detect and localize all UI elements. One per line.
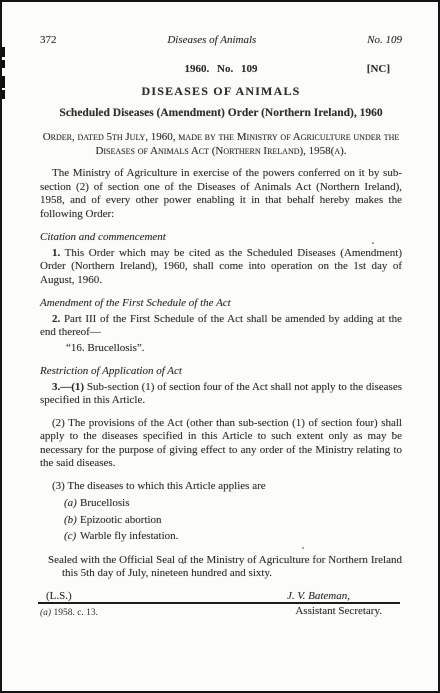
signatory-name: J. V. Bateman, (287, 590, 350, 604)
list-text-a: Brucellosis (80, 497, 130, 509)
article-1-heading: Citation and commencement (40, 231, 402, 245)
article-2-text: Part III of the First Schedule of the Ac… (40, 313, 402, 339)
article-3-number-3: (3) (52, 480, 65, 492)
footnote-rule (38, 602, 400, 604)
subject-heading: DISEASES OF ANIMALS (40, 85, 402, 99)
footnote-marker: (a) (40, 608, 51, 618)
list-marker-a: (a) (64, 495, 80, 512)
list-marker-c: (c) (64, 528, 80, 545)
scan-artifact (2, 76, 5, 88)
list-item-c: (c)Warble fly infestation. (40, 528, 402, 545)
article-3-paragraph-3: (3) The diseases to which this Article a… (40, 480, 402, 494)
article-3-text-1: Sub-section (1) of section four of the A… (40, 381, 402, 407)
article-2-quoted-insertion: “16. Brucellosis”. (40, 342, 402, 356)
scan-artifact (2, 47, 5, 57)
article-3-number-2: (2) (52, 417, 65, 429)
article-2-number: 2. (52, 313, 60, 325)
running-instrument-number: No. 109 (367, 34, 402, 48)
document-content: 372 Diseases of Animals No. 109 1960. No… (40, 34, 402, 619)
signatory-role: Assistant Secretary. (287, 605, 382, 619)
order-made-recital: Order, dated 5th July, 1960, made by the… (42, 130, 400, 158)
article-3-heading: Restriction of Application of Act (40, 365, 402, 379)
article-3-text-2: The provisions of the Act (other than su… (40, 417, 402, 470)
classification-tag: [NC] (367, 63, 390, 77)
page-number: 372 (40, 34, 57, 48)
running-title: Diseases of Animals (167, 34, 256, 48)
footnote-text: 1958. c. 13. (53, 608, 98, 618)
list-text-b: Epizootic abortion (80, 514, 162, 526)
article-2-heading: Amendment of the First Schedule of the A… (40, 297, 402, 311)
list-item-b: (b)Epizootic abortion (40, 512, 402, 529)
order-title: Scheduled Diseases (Amendment) Order (No… (40, 107, 402, 121)
article-1-text: This Order which may be cited as the Sch… (40, 247, 402, 286)
list-text-c: Warble fly infestation. (80, 530, 178, 542)
scan-artifact (2, 90, 5, 99)
article-3-paragraph-1: 3.—(1) Sub-section (1) of section four o… (40, 381, 402, 408)
disease-list: (a)Brucellosis (b)Epizootic abortion (c)… (40, 495, 402, 545)
session-line: 1960. No. 109 (185, 63, 258, 75)
signature-block: J. V. Bateman, Assistant Secretary. (287, 590, 382, 619)
article-1-number: 1. (52, 247, 60, 259)
sealing-clause: Sealed with the Official Seal of the Min… (40, 554, 402, 581)
article-3-paragraph-2: (2) The provisions of the Act (other tha… (40, 417, 402, 471)
article-1-paragraph: 1. This Order which may be cited as the … (40, 247, 402, 288)
article-3-number: 3.—(1) (52, 381, 84, 393)
article-3-text-3: The diseases to which this Article appli… (67, 480, 265, 492)
article-2-paragraph: 2. Part III of the First Schedule of the… (40, 313, 402, 340)
footnote: (a) 1958. c. 13. (40, 608, 98, 618)
running-header: 372 Diseases of Animals No. 109 (40, 34, 402, 48)
list-marker-b: (b) (64, 512, 80, 529)
enacting-paragraph: The Ministry of Agriculture in exercise … (40, 167, 402, 221)
scan-artifact (2, 60, 5, 68)
scanned-document-page: 372 Diseases of Animals No. 109 1960. No… (0, 0, 440, 693)
session-line-row: 1960. No. 109 [NC] (40, 63, 402, 77)
list-item-a: (a)Brucellosis (40, 495, 402, 512)
